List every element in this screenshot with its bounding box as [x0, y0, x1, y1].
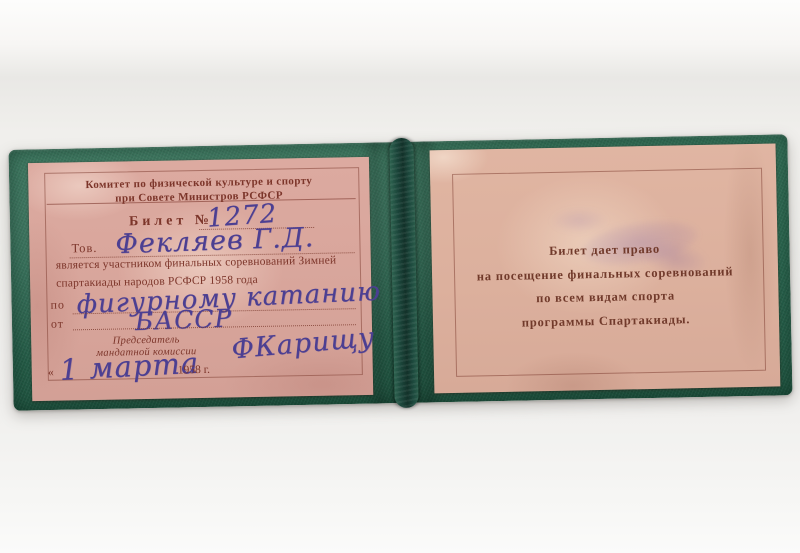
- region-handwritten: БАССР: [134, 304, 232, 336]
- issue-year-printed: 1958 г.: [178, 364, 210, 377]
- scan-background: Комитет по физической культуре и спорту …: [0, 0, 800, 553]
- region-field-label: от: [51, 317, 64, 332]
- ticket-rights-text: Билет дает право на посещение финальных …: [431, 235, 779, 336]
- sport-field-label: по: [50, 298, 65, 313]
- right-page: Билет дает право на посещение финальных …: [430, 143, 781, 393]
- left-page: Комитет по физической культуре и спорту …: [28, 157, 373, 401]
- date-open-quote: «: [48, 365, 54, 380]
- comrade-label: Тов.: [71, 241, 97, 256]
- ticket-booklet-cover: Комитет по физической культуре и спорту …: [8, 134, 792, 411]
